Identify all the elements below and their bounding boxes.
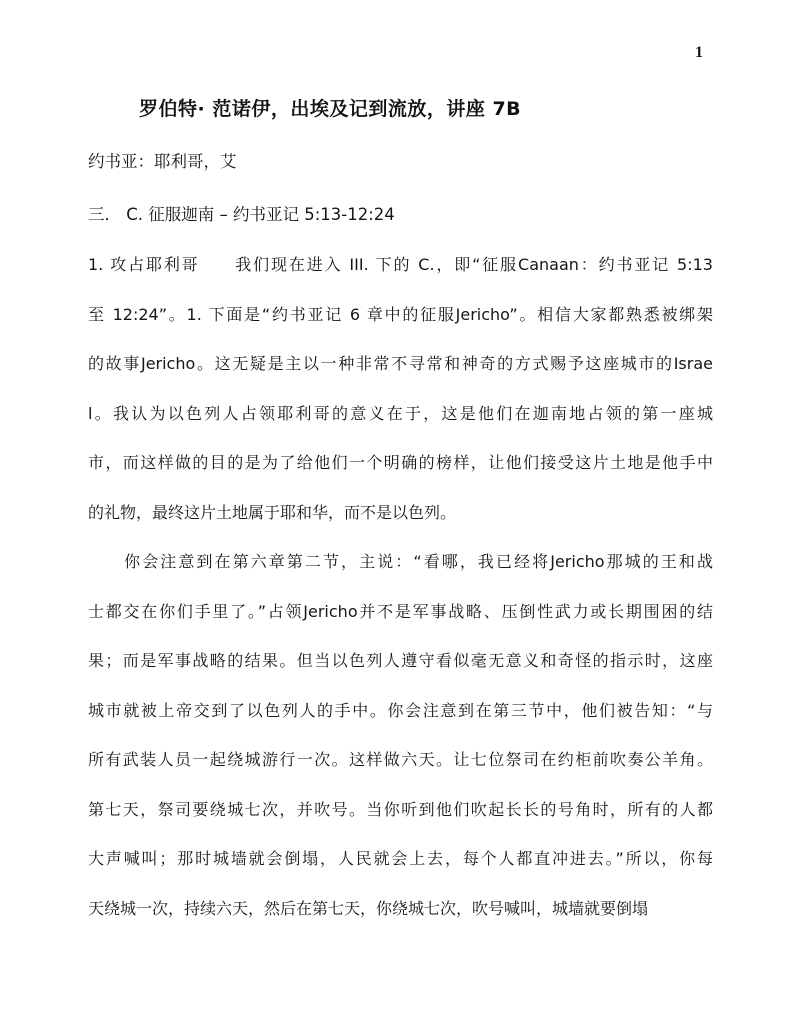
text-line: 的故事Jericho。这无疑是主以一种非常不寻常和神奇的方式赐予这座城市的Isr…	[88, 339, 713, 389]
text-line: 果；而是军事战略的结果。但当以色列人遵守看似毫无意义和奇怪的指示时，这座	[88, 636, 713, 686]
text-line: 士都交在你们手里了。”占领Jericho并不是军事战略、压倒性武力或长期围困的结	[88, 587, 713, 637]
document-page: 1 罗伯特· 范诺伊，出埃及记到流放，讲座 7B 约书亚：耶利哥，艾 三． C.…	[0, 0, 791, 1024]
section-heading: 三． C. 征服迦南 – 约书亚记 5:13-12:24	[88, 201, 395, 225]
text-line: 市，而这样做的目的是为了给他们一个明确的榜样，让他们接受这片土地是他手中	[88, 438, 713, 488]
text-line: 的礼物，最终这片土地属于耶和华，而不是以色列。	[88, 488, 713, 538]
text-line: 至 12:24”。1. 下面是“约书亚记 6 章中的征服Jericho”。相信大…	[88, 290, 713, 340]
paragraph-1: 1. 攻占耶利哥 我们现在进入 III. 下的 C.，即“征服Canaan：约书…	[88, 240, 713, 537]
document-subtitle: 约书亚：耶利哥，艾	[88, 148, 237, 172]
text-line: 第七天，祭司要绕城七次，并吹号。当你听到他们吹起长长的号角时，所有的人都	[88, 785, 713, 835]
document-title: 罗伯特· 范诺伊，出埃及记到流放，讲座 7B	[139, 94, 521, 121]
text-line: 大声喊叫；那时城墙就会倒塌，人民就会上去，每个人都直冲进去。”所以，你每	[88, 834, 713, 884]
text-line: 你会注意到在第六章第二节，主说：“看哪，我已经将Jericho那城的王和战	[88, 537, 713, 587]
text-line: 1. 攻占耶利哥 我们现在进入 III. 下的 C.，即“征服Canaan：约书…	[88, 240, 713, 290]
text-line: 天绕城一次，持续六天，然后在第七天，你绕城七次，吹号喊叫，城墙就要倒塌	[88, 884, 713, 934]
document-body: 1. 攻占耶利哥 我们现在进入 III. 下的 C.，即“征服Canaan：约书…	[88, 240, 713, 933]
text-line: 城市就被上帝交到了以色列人的手中。你会注意到在第三节中，他们被告知：“与	[88, 686, 713, 736]
text-line: 所有武装人员一起绕城游行一次。这样做六天。让七位祭司在约柜前吹奏公羊角。	[88, 735, 713, 785]
text-line: l。我认为以色列人占领耶利哥的意义在于，这是他们在迦南地占领的第一座城	[88, 389, 713, 439]
page-number: 1	[695, 44, 703, 62]
paragraph-2: 你会注意到在第六章第二节，主说：“看哪，我已经将Jericho那城的王和战士都交…	[88, 537, 713, 933]
